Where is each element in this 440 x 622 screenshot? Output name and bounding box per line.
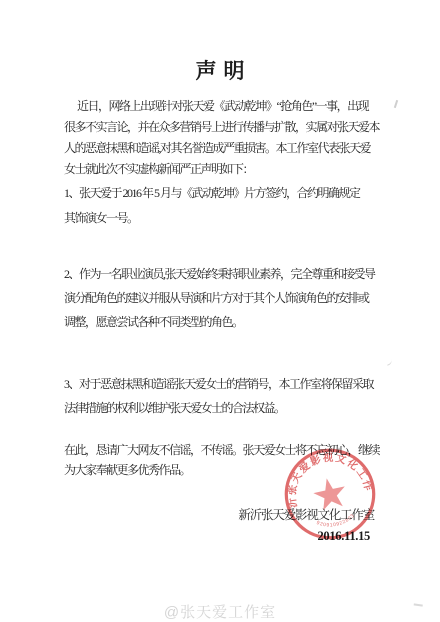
text-line: 女士就此次不实虚构新闻严正声明如下： bbox=[64, 159, 384, 180]
text-line: 1、张天爱于 2016 年 5 月与《武动乾坤》片方签约，合约明确规定 bbox=[64, 181, 384, 206]
star-icon bbox=[311, 475, 349, 512]
statement-document: 声明 近日，网络上出现针对张天爱《武动乾坤》“抢角色”一事，出现 很多不实言论，… bbox=[0, 0, 440, 622]
page-title: 声明 bbox=[0, 55, 440, 85]
statement-item-3: 3、对于恶意抹黑和造谣张天爱女士的营销号，本工作室将保留采取 法律措施的权利以维… bbox=[64, 372, 384, 420]
text-line: 近日，网络上出现针对张天爱《武动乾坤》“抢角色”一事，出现 bbox=[64, 96, 384, 117]
text-line: 很多不实言论，并在众多营销号上进行传播与扩散，实属对张天爱本 bbox=[64, 117, 384, 138]
text-line: 法律措施的权利以维护张天爱女士的合法权益。 bbox=[64, 396, 384, 420]
text-line: 2、作为一名职业演员,张天爱始终秉持职业素养，完全尊重和接受导 bbox=[64, 262, 384, 286]
seal-serial-number: 920910922803 bbox=[315, 512, 358, 532]
official-seal: 新沂张天爱影视文化工作室 920910922803 bbox=[274, 438, 385, 549]
statement-item-2: 2、作为一名职业演员,张天爱始终秉持职业素养，完全尊重和接受导 演分配角色的建议… bbox=[64, 262, 384, 334]
text-line: 3、对于恶意抹黑和造谣张天爱女士的营销号，本工作室将保留采取 bbox=[64, 372, 384, 396]
text-line: 演分配角色的建议并服从导演和片方对于其个人饰演角色的安排或 bbox=[64, 286, 384, 310]
svg-text:920910922803: 920910922803 bbox=[315, 512, 358, 532]
statement-item-1: 1、张天爱于 2016 年 5 月与《武动乾坤》片方签约，合约明确规定 其饰演女… bbox=[64, 181, 384, 231]
watermark: @张天爱工作室 bbox=[0, 601, 440, 622]
text-line: 其饰演女一号。 bbox=[64, 206, 384, 231]
intro-paragraph: 近日，网络上出现针对张天爱《武动乾坤》“抢角色”一事，出现 很多不实言论，并在众… bbox=[64, 96, 384, 180]
text-line: 人的恶意抹黑和造谣,对其名誉造成严重损害。本工作室代表张天爱 bbox=[64, 138, 384, 159]
scan-artifact bbox=[385, 357, 393, 366]
text-line: 调整，愿意尝试各种不同类型的角色。 bbox=[64, 310, 384, 334]
scan-artifact bbox=[394, 100, 398, 108]
